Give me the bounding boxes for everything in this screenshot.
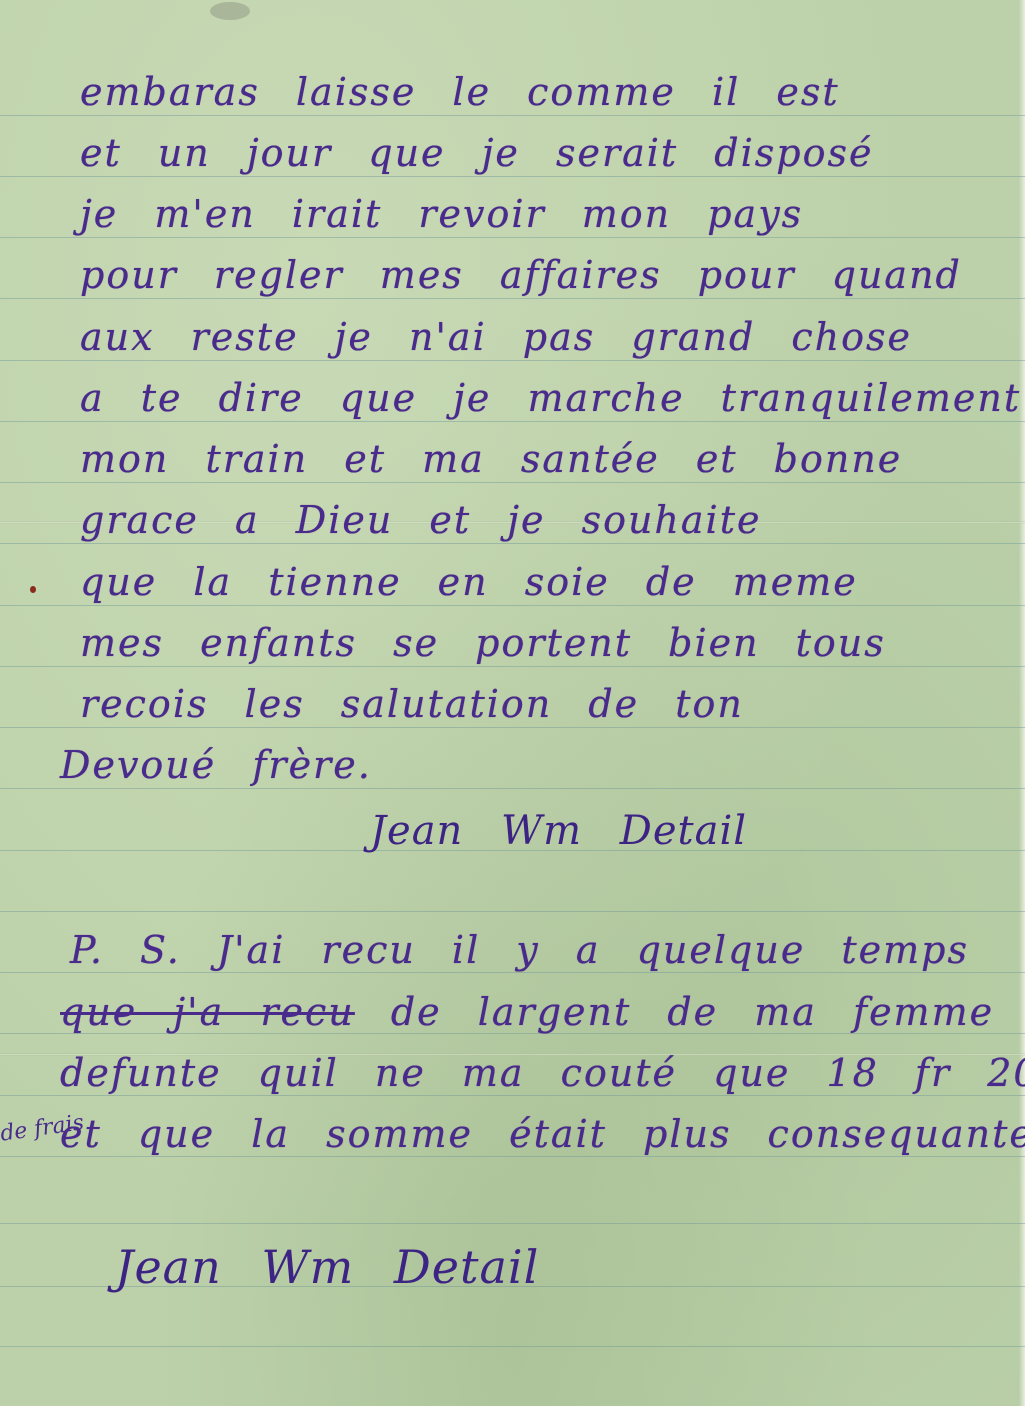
ruled-line bbox=[0, 1156, 1025, 1157]
ruled-line bbox=[0, 788, 1025, 789]
ruled-line bbox=[0, 1346, 1025, 1347]
ruled-line bbox=[0, 360, 1025, 361]
letter-line: aux reste je n'ai pas grand chose bbox=[80, 315, 912, 359]
letter-line: mes enfants se portent bien tous bbox=[80, 621, 886, 665]
postscript-line: et que la somme était plus consequante bbox=[60, 1112, 1025, 1156]
ruled-line bbox=[0, 666, 1025, 667]
letter-line: que la tienne en soie de meme bbox=[80, 560, 858, 604]
closing-signature: Jean Wm Detail bbox=[370, 808, 747, 854]
letter-closing: Devoué frère. bbox=[60, 743, 372, 787]
ink-blot bbox=[30, 586, 36, 593]
postscript-line: que j'a recu de largent de ma femme bbox=[60, 990, 994, 1034]
letter-line: embaras laisse le comme il est bbox=[80, 70, 840, 114]
letter-line: a te dire que je marche tranquilement bbox=[80, 376, 1021, 420]
ruled-line bbox=[0, 176, 1025, 177]
ruled-line bbox=[0, 237, 1025, 238]
ruled-line bbox=[0, 727, 1025, 728]
ruled-line bbox=[0, 972, 1025, 973]
letter-line: et un jour que je serait disposé bbox=[80, 131, 873, 175]
letter-page: embaras laisse le comme il est et un jou… bbox=[0, 0, 1025, 1406]
final-signature: Jean Wm Detail bbox=[115, 1240, 539, 1294]
postscript-line: P. S. J'ai recu il y a quelque temps bbox=[70, 928, 969, 972]
ruled-line bbox=[0, 911, 1025, 912]
letter-line: grace a Dieu et je souhaite bbox=[80, 498, 761, 542]
paper-edge bbox=[1019, 0, 1025, 1406]
ruled-line bbox=[0, 1095, 1025, 1096]
postscript-text: de largent de ma femme bbox=[391, 990, 994, 1034]
letter-line: pour regler mes affaires pour quand bbox=[80, 253, 962, 297]
ruled-line bbox=[0, 605, 1025, 606]
postscript-line: defunte quil ne ma couté que 18 fr 20 bbox=[60, 1051, 1025, 1095]
ruled-line bbox=[0, 115, 1025, 116]
ruled-line bbox=[0, 543, 1025, 544]
letter-line: mon train et ma santée et bonne bbox=[80, 437, 902, 481]
paper-stain bbox=[210, 2, 250, 20]
struck-text: que j'a recu bbox=[60, 990, 355, 1034]
ruled-line bbox=[0, 421, 1025, 422]
ruled-line bbox=[0, 1223, 1025, 1224]
ruled-line bbox=[0, 482, 1025, 483]
ruled-line bbox=[0, 298, 1025, 299]
letter-line: je m'en irait revoir mon pays bbox=[80, 192, 803, 236]
letter-line: recois les salutation de ton bbox=[80, 682, 744, 726]
